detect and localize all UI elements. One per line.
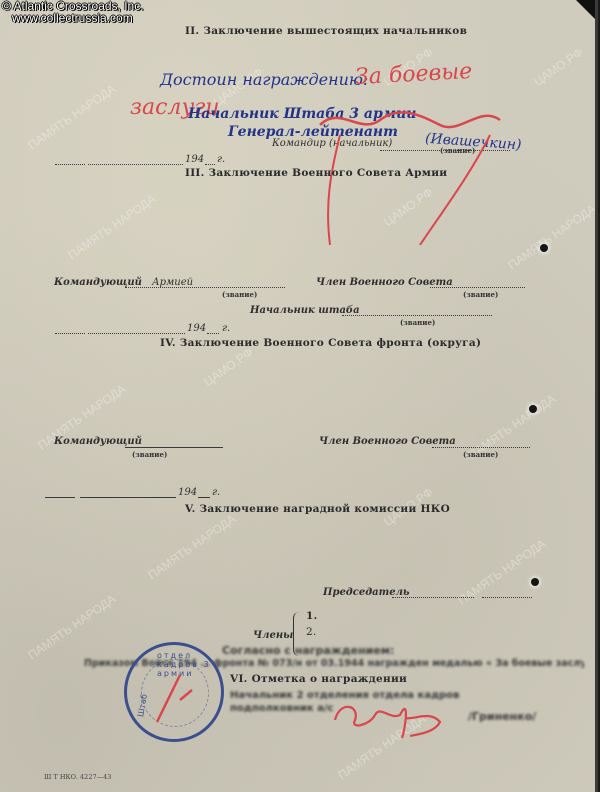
watermark: ПАМЯТЬ НАРОДА [25,592,118,663]
council-member-line [430,287,525,288]
section6-heading: VI. Отметка о награждении [230,673,407,685]
commander-label: Командующий [54,436,142,447]
copyright-url: www.collectrussia.com [2,12,144,24]
red-signature-bottom [330,690,450,740]
date-year-line [198,497,210,498]
handwritten-award-line1: За боевые [354,59,472,90]
watermark: ЦАМО.РФ [201,345,255,389]
commander-line [125,447,223,448]
member-1: 1. [306,610,318,622]
date-day-line [55,333,85,334]
handwritten-recommendation: Достоин награждению: [160,70,368,89]
punch-hole [540,244,548,252]
watermark: ПАМЯТЬ НАРОДА [65,192,158,263]
rank-note: (звание) [222,290,257,299]
section3-heading: III. Заключение Военного Совета Армии [185,167,447,179]
member-2: 2. [306,626,317,638]
award-stamp-line4: подполковник а/с [230,703,333,714]
date-day-line [45,497,75,498]
section5-heading: V. Заключение наградной комиссии НКО [185,503,450,515]
official-round-stamp: отдел кадров 3 армии Штаб [124,642,224,742]
copyright-watermark: © Atlantic Crossroads, Inc. www.collectr… [2,0,144,24]
watermark: ПАМЯТЬ НАРОДА [25,82,118,153]
punch-hole [531,578,539,586]
stamp-text-side: Штаб [136,693,149,717]
section2-heading: II. Заключение вышестоящих начальников [185,25,467,37]
date-year-line [205,164,215,165]
date-year: 194 [187,323,206,334]
council-member-label: Член Военного Совета [319,436,456,447]
chief-of-staff-line [342,315,492,316]
chairman-line [392,597,474,598]
watermark: ЦАМО.РФ [531,45,585,89]
council-member-line [432,447,530,448]
date-year: 194 [185,154,204,165]
page-edge [595,0,598,792]
date-month-line [80,497,176,498]
date-month-line [88,164,183,165]
date-suffix: г. [217,154,225,165]
rank-note: (звание) [132,450,167,459]
commander-line [125,287,285,288]
date-day-line [55,164,85,165]
red-check-mark [152,670,197,725]
date-suffix: г. [222,323,230,334]
award-stamp-line1: Согласно с награждением: [222,644,394,657]
date-year-line [207,333,219,334]
rank-note: (звание) [463,290,498,299]
document-page: ЦАМО.РФ ЦАМО.РФ ЦАМО.РФ ПАМЯТЬ НАРОДА ЦА… [0,0,598,792]
members-label: Члены [253,630,293,641]
watermark: ПАМЯТЬ НАРОДА [145,512,238,583]
date-year: 194 [178,487,197,498]
date-suffix: г. [212,487,220,498]
section4-heading: IV. Заключение Военного Совета фронта (о… [160,337,481,349]
form-code: Ш Т НКО. 4227—43 [44,773,111,781]
rank-note: (звание) [400,318,435,327]
chairman-sign-line [482,597,532,598]
punch-hole [529,405,537,413]
date-month-line [88,333,185,334]
rank-note: (звание) [463,450,498,459]
signatory-name: /Гриненко/ [468,710,536,723]
